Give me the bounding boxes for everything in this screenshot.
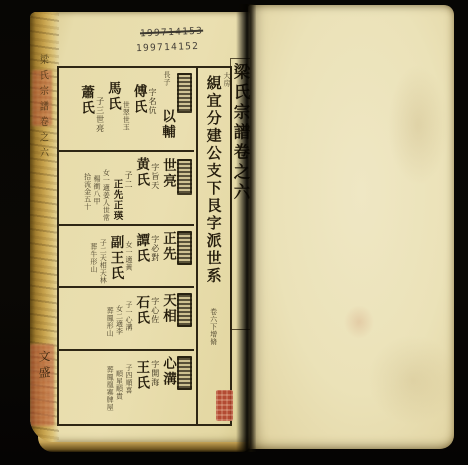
ink-stamp — [177, 293, 192, 327]
burial-note: 拾流金五十 — [83, 173, 90, 211]
generation-row: 心溝 字開海 王氏 子四順喜 順星順貴 葬鳳凰寨牌屋 — [59, 351, 194, 424]
sons-note: 子二天相天林 — [99, 239, 106, 284]
courtesy-name: 字開海 — [150, 360, 158, 387]
burial-note: 葬鳳形山 — [106, 307, 113, 337]
daughter-note: 女二適李 — [115, 305, 122, 335]
section-heading-title: 絸宜分建公支下艮字派世系 — [205, 75, 223, 285]
section-heading: 絸宜分建公支下艮字派世系 卷六下增脩 — [205, 75, 222, 424]
accession-number: 199714152 — [136, 41, 200, 54]
paper-stain — [344, 305, 374, 339]
wife-name: 傅氏 — [131, 84, 145, 115]
wife-name: 蕭氏 — [79, 85, 93, 116]
book-photo: 梁氏宗譜卷之六 文盛 199714153 199714152 大房 絸宜分建公支… — [0, 0, 468, 465]
paper-stain — [368, 335, 458, 425]
courtesy-name: 字必對 — [150, 235, 158, 262]
wife-name: 黄氏 — [134, 157, 148, 188]
courtesy-name: 字名伉 — [148, 88, 156, 115]
courtesy-name: 字心佐 — [150, 297, 158, 324]
ink-stamp — [177, 231, 192, 265]
generation-name: 以輔 — [159, 109, 175, 140]
spine-title: 梁氏宗譜卷之六 — [38, 54, 51, 163]
courtesy-name: 字旨天 — [150, 163, 158, 190]
wife-note: 世翠世玉 — [122, 101, 129, 131]
sons-note: 子三世亮 — [95, 97, 103, 133]
right-blank-page — [248, 5, 454, 449]
revision-note: 卷六下增脩 — [210, 308, 218, 346]
ink-stamp — [177, 159, 192, 195]
generation-name: 正先 — [161, 231, 175, 262]
generation-rows: 長子 以輔 字名伉 傅氏 世翠世玉 馬氏 子三世亮 蕭氏 世亮 字旨天 黄氏 — [59, 68, 194, 424]
red-seal — [216, 390, 233, 421]
generation-row: 世亮 字旨天 黄氏 子二 正先正瑛 女一適姜人世常 楊衝八甲 拾流金五十 — [59, 152, 194, 226]
accession-number-struck: 199714153 — [140, 26, 204, 40]
daughter-note: 女一適姜人世常 — [102, 169, 109, 222]
sons-note: 子四順喜 — [125, 364, 132, 394]
generation-row: 長子 以輔 字名伉 傅氏 世翠世玉 馬氏 子三世亮 蕭氏 — [59, 68, 194, 152]
genealogy-chart: 大房 絸宜分建公支下艮字派世系 卷六下增脩 長子 以輔 字名伉 傅氏 — [57, 66, 232, 426]
wife-name: 馬氏 — [106, 81, 120, 112]
generation-row: 正先 字必對 譚氏 女一適黃 副王氏 子二天相天林 葬牛形山 — [59, 226, 194, 288]
ink-stamp — [177, 73, 192, 113]
branch-label: 大房 — [223, 72, 230, 424]
generation-entry: 長子 以輔 — [158, 71, 175, 140]
burial-note: 楊衝八甲 — [93, 175, 100, 205]
ink-stamp — [177, 356, 192, 390]
wife-name: 王氏 — [134, 360, 148, 391]
section-heading-column: 大房 絸宜分建公支下艮字派世系 卷六下增脩 — [196, 68, 230, 424]
burial-note: 葬鳳凰寨牌屋 — [106, 366, 113, 411]
wife-name: 副王氏 — [108, 235, 122, 282]
sons-names: 正先正瑛 — [111, 179, 121, 221]
left-genealogy-page: 梁氏宗譜卷之六 文盛 199714153 199714152 大房 絸宜分建公支… — [30, 12, 250, 442]
sons-names: 順星順貴 — [115, 370, 122, 400]
sons-note: 子一心溝 — [125, 301, 132, 331]
generation-name: 心溝 — [161, 356, 175, 387]
birth-order-label: 長子 — [163, 71, 171, 86]
sons-note: 子二 — [123, 171, 131, 189]
volume-title: 梁氏宗譜卷之六 — [230, 58, 250, 330]
burial-note: 葬牛形山 — [89, 243, 96, 273]
generation-name: 世亮 — [161, 158, 175, 189]
wife-name: 譚氏 — [134, 233, 148, 264]
spine-hall-name: 文盛 — [36, 349, 53, 383]
generation-row: 天相 字心佐 石氏 子一心溝 女二適李 葬鳳形山 — [59, 288, 194, 351]
daughter-note: 女一適黃 — [125, 241, 132, 271]
wife-name: 石氏 — [134, 295, 148, 326]
generation-name: 天相 — [161, 293, 175, 324]
paper-stain — [388, 65, 448, 185]
